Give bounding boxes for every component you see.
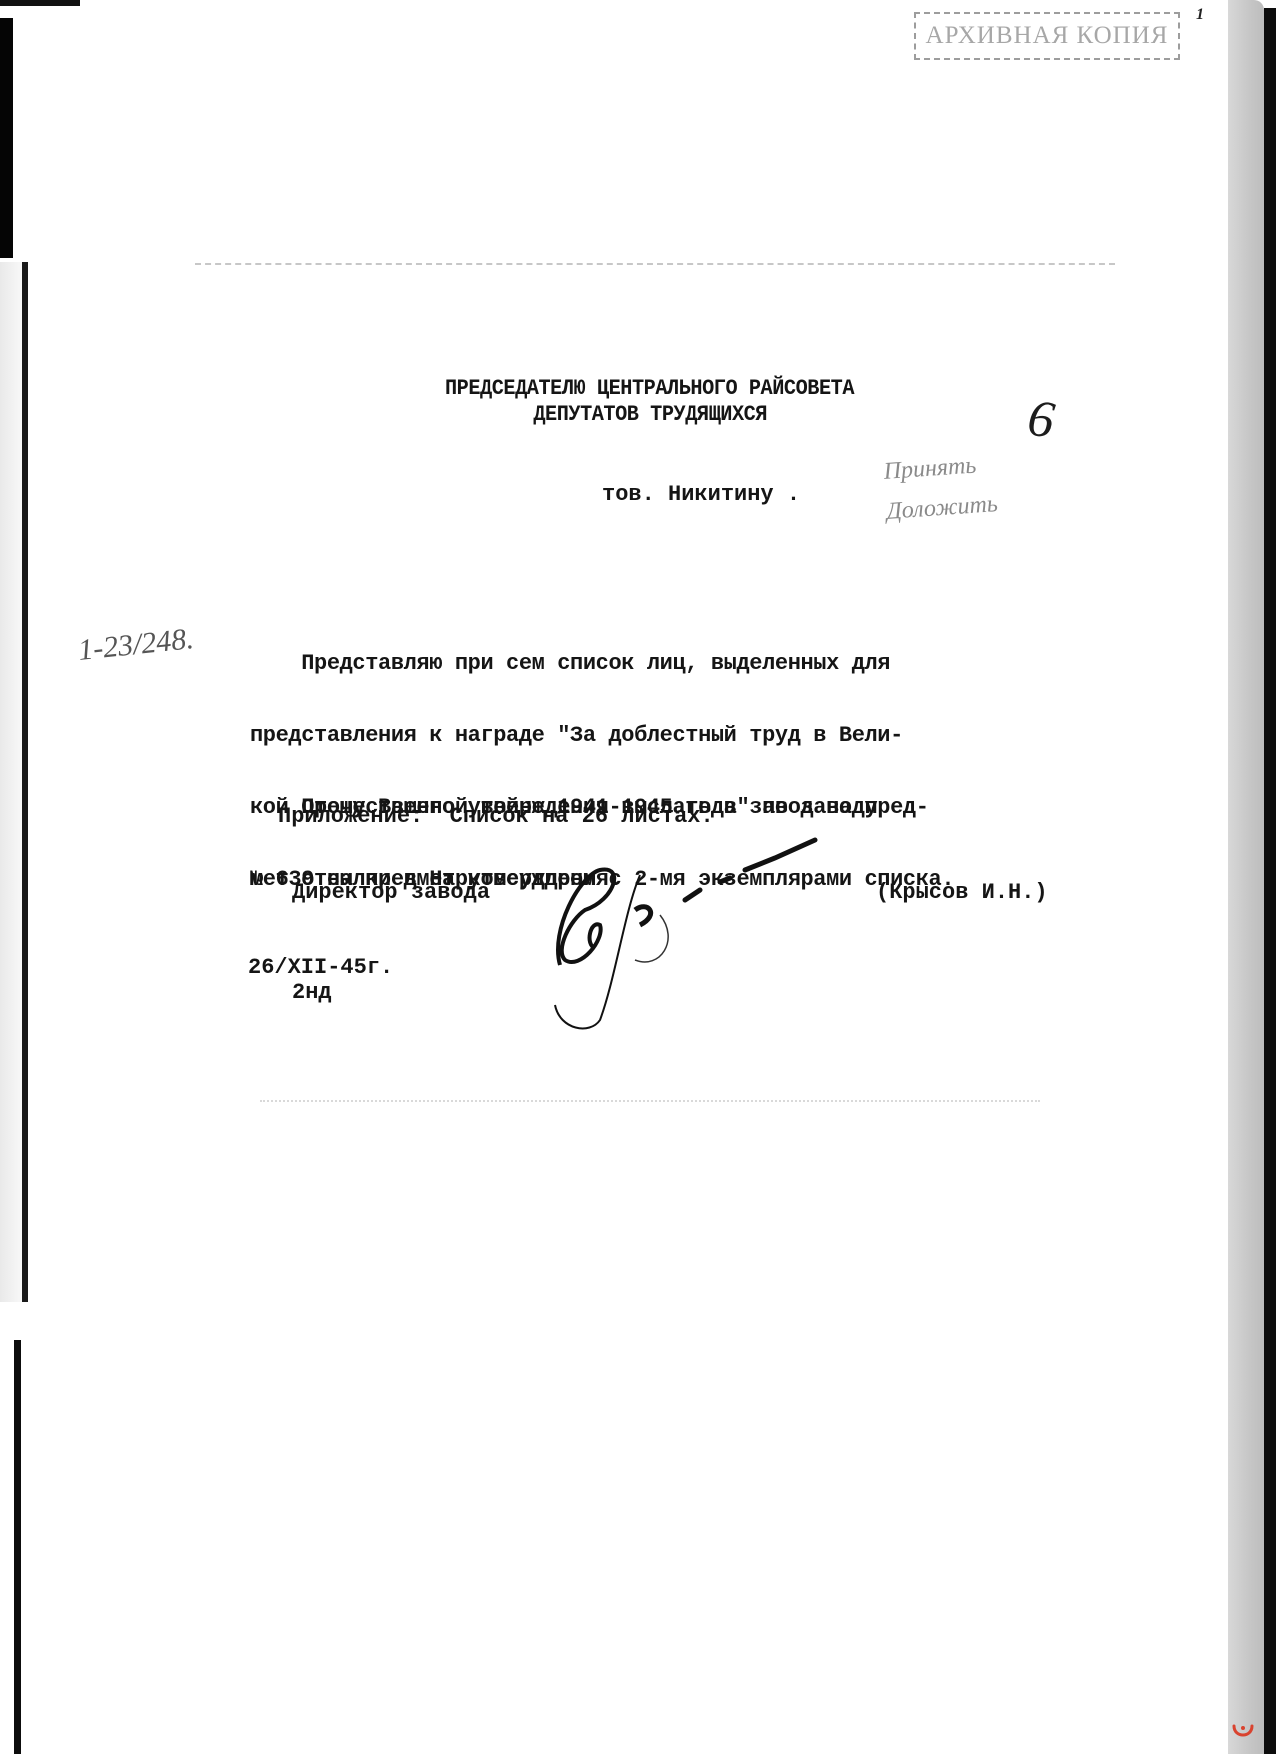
- handwritten-resolution: Принять Доложить: [882, 444, 999, 532]
- binding-spine-lower: [14, 1340, 21, 1754]
- addressee-line-2: ДЕПУТАТОВ ТРУДЯЩИХСЯ: [445, 402, 960, 428]
- scan-edge-right: [1264, 8, 1276, 1754]
- scanner-watermark-icon: [1232, 1718, 1254, 1740]
- sheet-number: 1: [1196, 6, 1204, 24]
- addressee-block: ПРЕДСЕДАТЕЛЮ ЦЕНТРАЛЬНОГО РАЙСОВЕТА ДЕПУ…: [445, 376, 960, 428]
- torn-edge-line-bottom: [260, 1100, 1040, 1102]
- document-code: 2нд: [292, 980, 332, 1005]
- document-date: 26/XII-45г.: [248, 955, 393, 980]
- signatory-name: (Крысов И.Н.): [876, 880, 1048, 905]
- addressee-line-1: ПРЕДСЕДАТЕЛЮ ЦЕНТРАЛЬНОГО РАЙСОВЕТА: [445, 376, 960, 402]
- binding-margin: [0, 262, 22, 1302]
- scan-shadow-right: [1228, 0, 1264, 1754]
- signatory-title: Директор завода: [292, 880, 490, 905]
- handwritten-signature: [530, 830, 850, 1050]
- torn-edge-line: [195, 263, 1115, 265]
- archive-copy-stamp: АРХИВНАЯ КОПИЯ: [914, 12, 1180, 60]
- handwritten-reference-number: 1-23/248.: [77, 622, 196, 668]
- recipient: тов. Никитину .: [602, 482, 800, 507]
- scan-edge-left: [0, 18, 13, 258]
- binding-spine: [22, 262, 28, 1302]
- handwritten-number: 6: [1024, 388, 1058, 450]
- appendix-line: Приложение: Список на 26 листах.: [278, 804, 714, 829]
- scan-edge-top: [0, 0, 80, 6]
